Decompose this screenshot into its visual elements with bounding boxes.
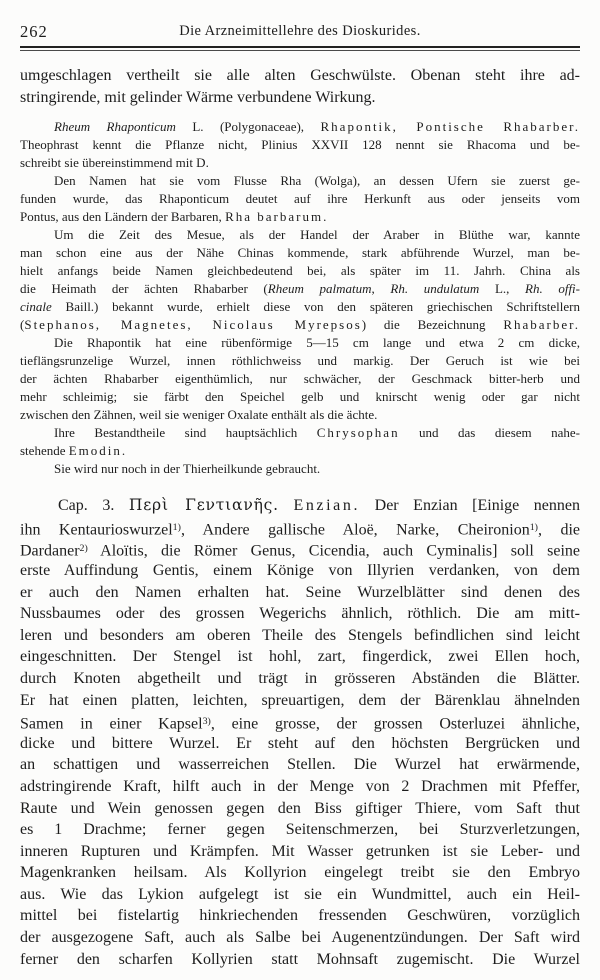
text-segment: Baill.) bekannt wurde, erhielt diese von… [52, 299, 580, 314]
text-segment: hielt anfangs beide Namen gleichbedeuten… [20, 263, 580, 278]
text-line: adstringirende Kraft, hilft auch in der … [20, 776, 580, 798]
text-segment: adstringirende Kraft, hilft auch in der … [20, 778, 580, 795]
text-segment: der ausgezogene Saft, auch als Salbe bei… [20, 929, 580, 946]
text-line: Ihre Bestandtheile sind hauptsächlich Ch… [20, 424, 580, 442]
text-line: Rheum Rhaponticum L. (Polygonaceae), Rha… [20, 118, 580, 136]
text-line: der ausgezogene Saft, auch als Salbe bei… [20, 927, 580, 949]
text-segment: , die [538, 521, 580, 538]
running-title: Die Arzneimittellehre des Dioskurides. [20, 23, 580, 40]
text-segment: Den Namen hat sie vom Flusse Rha (Wolga)… [54, 173, 580, 188]
text-line: funden wurde, das Rhaponticum deutet auf… [20, 190, 580, 208]
text-line: schreibt sie übereinstimmend mit D. [20, 154, 580, 172]
text-segment: Περὶ Γεντιανῆς. [129, 496, 279, 514]
text-line: mehr schleimig; sie färbt den Speichel g… [20, 388, 580, 406]
text-segment: 1) [530, 522, 538, 533]
text-segment: und das diesem nahe- [400, 425, 580, 440]
page-header: 262 Die Arzneimittellehre des Dioskuride… [20, 0, 580, 42]
text-segment: Emodin. [69, 443, 127, 458]
text-line: dicke und bittere Wurzel. Er steht auf d… [20, 733, 580, 755]
text-segment: leren und besonders am oberen Theile des… [20, 627, 580, 644]
text-segment: , eine grosse, der grossen Osterluzei äh… [211, 716, 580, 733]
text-segment: durch Knoten abgetheilt und trägt in grö… [20, 670, 580, 687]
text-segment: Theophrast kennt die Pflanze nicht, Plin… [20, 137, 580, 152]
text-segment: zwischen den Zähnen, weil sie weniger Ox… [20, 407, 377, 422]
text-line: Magenkranken heilsam. Als Kollyrion eing… [20, 862, 580, 884]
text-line: (Stephanos, Magnetes, Nicolaus Myrepsos)… [20, 316, 580, 334]
text-line: an schattigen und wasserreichen Stellen.… [20, 754, 580, 776]
text-segment: Er hat einen platten, leichten, spreuart… [20, 692, 580, 709]
text-segment: mehr schleimig; sie färbt den Speichel g… [20, 389, 580, 404]
text-line: Die Rhapontik hat eine rübenförmige 5—15… [20, 334, 580, 352]
text-segment: Die Rhapontik hat eine rübenförmige 5—15… [54, 335, 580, 350]
text-segment: , Andere gallische Aloë, Narke, Cheironi… [181, 521, 530, 538]
text-line: tieflängsrunzelige Wurzel, innen röthlic… [20, 352, 580, 370]
text-line: Theophrast kennt die Pflanze nicht, Plin… [20, 136, 580, 154]
text-line: Samen in einer Kapsel3), eine grosse, de… [20, 711, 580, 733]
paragraph: umgeschlagen vertheilt sie alle alten Ge… [20, 65, 580, 108]
text-segment: Der Enzian [Einige nennen [360, 497, 580, 514]
text-segment: Aloïtis, die Römer Genus, Cicendia, auch… [88, 543, 580, 560]
text-line: leren und besonders am oberen Theile des… [20, 625, 580, 647]
text-line: ihn Kentaurioswurzel1), Andere gallische… [20, 517, 580, 539]
text-line: der ächten Rhabarber eigenthümlich, nur … [20, 370, 580, 388]
book-page: 262 Die Arzneimittellehre des Dioskuride… [0, 0, 600, 970]
page-number: 262 [20, 22, 48, 42]
text-segment: Rh. undulatum [390, 281, 479, 296]
text-segment: Nussbaumes oder des grossen Wegerichs äh… [20, 605, 580, 622]
text-line: umgeschlagen vertheilt sie alle alten Ge… [20, 65, 580, 87]
text-segment: Stephanos, Magnetes, Nicolaus Myrepsos [24, 317, 361, 332]
text-segment: Rheum Rhaponticum [54, 119, 176, 134]
text-line: Dardaner2) Aloïtis, die Römer Genus, Cic… [20, 538, 580, 560]
text-segment [279, 497, 294, 514]
text-line: hielt anfangs beide Namen gleichbedeuten… [20, 262, 580, 280]
text-segment: ) die Bezeichnung [362, 317, 504, 332]
text-segment: mittel bei fistelartig hinkriechenden fr… [20, 907, 580, 924]
text-line: stringirende, mit gelinder Wärme verbund… [20, 87, 580, 109]
text-segment: L. (Polygonaceae), [176, 119, 321, 134]
text-segment: Cap. 3. [58, 497, 129, 514]
text-segment: 3) [203, 716, 211, 727]
text-segment: stehende [20, 443, 69, 458]
text-line: cinale Baill.) bekannt wurde, erhielt di… [20, 298, 580, 316]
text-segment: 1) [173, 522, 181, 533]
paragraph: Rheum Rhaponticum L. (Polygonaceae), Rha… [20, 118, 580, 172]
text-segment: Ihre Bestandtheile sind hauptsächlich [54, 425, 317, 440]
text-line: Er hat einen platten, leichten, spreuart… [20, 690, 580, 712]
text-segment: die Heimath der ächten Rhabarber ( [20, 281, 268, 296]
text-segment: eingeschnitten. Der Stengel ist hohl, za… [20, 648, 580, 665]
text-segment: stringirende, mit gelinder Wärme verbund… [20, 89, 376, 106]
text-line: Raute und Wein genossen gegen den Biss g… [20, 798, 580, 820]
text-segment: ferner den scharfen Kollyrien statt Mohn… [20, 951, 580, 968]
text-line: man schon eine aus der Nähe Chinas komme… [20, 244, 580, 262]
text-segment: Rheum palmatum [268, 281, 372, 296]
paragraph: Cap. 3. Περὶ Γεντιανῆς. Enzian. Der Enzi… [20, 495, 580, 970]
text-segment: dicke und bittere Wurzel. Er steht auf d… [20, 735, 580, 752]
text-line: aus. Wie das Lykion aufgelegt ist sie ei… [20, 884, 580, 906]
text-segment: aus. Wie das Lykion aufgelegt ist sie ei… [20, 886, 580, 903]
text-segment: der ächten Rhabarber eigenthümlich, nur … [20, 371, 580, 386]
text-segment: Enzian. [293, 497, 360, 514]
header-rule [20, 46, 580, 51]
text-line: es 1 Drachme; ferner gegen Seitenschmerz… [20, 819, 580, 841]
text-line: Nussbaumes oder des grossen Wegerichs äh… [20, 603, 580, 625]
text-segment: Rha barbarum. [225, 209, 328, 224]
text-line: Cap. 3. Περὶ Γεντιανῆς. Enzian. Der Enzi… [20, 495, 580, 517]
text-line: erste Auffindung Gentis, einem Könige vo… [20, 560, 580, 582]
text-segment: schreibt sie übereinstimmend mit D. [20, 155, 209, 170]
text-line: eingeschnitten. Der Stengel ist hohl, za… [20, 646, 580, 668]
text-segment: L., [479, 281, 525, 296]
text-line: ferner den scharfen Kollyrien statt Mohn… [20, 949, 580, 971]
text-segment: Dardaner [20, 543, 80, 560]
text-segment: Rhabarber. [503, 317, 580, 332]
text-line: inneren Rupturen und Krämpfen. Mit Wasse… [20, 841, 580, 863]
text-segment: umgeschlagen vertheilt sie alle alten Ge… [20, 67, 580, 84]
text-line: durch Knoten abgetheilt und trägt in grö… [20, 668, 580, 690]
text-segment: funden wurde, das Rhaponticum deutet auf… [20, 191, 580, 206]
paragraph: Den Namen hat sie vom Flusse Rha (Wolga)… [20, 172, 580, 226]
text-segment: Rh. offi- [525, 281, 580, 296]
text-segment: Magenkranken heilsam. Als Kollyrion eing… [20, 864, 580, 881]
text-segment: man schon eine aus der Nähe Chinas komme… [20, 245, 580, 260]
text-segment: Sie wird nur noch in der Thierheilkunde … [54, 461, 320, 476]
text-line: stehende Emodin. [20, 442, 580, 460]
text-segment: cinale [20, 299, 52, 314]
text-line: er auch den Namen erhalten hat. Seine Wu… [20, 582, 580, 604]
text-segment: er auch den Namen erhalten hat. Seine Wu… [20, 584, 580, 601]
text-segment: Rhapontik, Pontische Rhabarber. [321, 119, 581, 134]
text-line: mittel bei fistelartig hinkriechenden fr… [20, 905, 580, 927]
text-blocks: umgeschlagen vertheilt sie alle alten Ge… [20, 65, 580, 970]
text-line: Um die Zeit des Mesue, als der Handel de… [20, 226, 580, 244]
paragraph: Sie wird nur noch in der Thierheilkunde … [20, 460, 580, 478]
paragraph: Um die Zeit des Mesue, als der Handel de… [20, 226, 580, 334]
text-segment: Pontus, aus den Ländern der Barbaren, [20, 209, 225, 224]
paragraph: Ihre Bestandtheile sind hauptsächlich Ch… [20, 424, 580, 460]
text-segment: an schattigen und wasserreichen Stellen.… [20, 756, 580, 773]
paragraph: Die Rhapontik hat eine rübenförmige 5—15… [20, 334, 580, 424]
text-segment: inneren Rupturen und Krämpfen. Mit Wasse… [20, 843, 580, 860]
text-segment: erste Auffindung Gentis, einem Könige vo… [20, 562, 580, 579]
text-line: Sie wird nur noch in der Thierheilkunde … [20, 460, 580, 478]
text-segment: ihn Kentaurioswurzel [20, 521, 173, 538]
text-line: Den Namen hat sie vom Flusse Rha (Wolga)… [20, 172, 580, 190]
text-segment: Samen in einer Kapsel [20, 716, 203, 733]
text-segment: 2) [80, 543, 88, 554]
text-segment: Raute und Wein genossen gegen den Biss g… [20, 800, 580, 817]
text-line: zwischen den Zähnen, weil sie weniger Ox… [20, 406, 580, 424]
text-line: Pontus, aus den Ländern der Barbaren, Rh… [20, 208, 580, 226]
text-line: die Heimath der ächten Rhabarber (Rheum … [20, 280, 580, 298]
text-segment: Um die Zeit des Mesue, als der Handel de… [54, 227, 580, 242]
text-segment: tieflängsrunzelige Wurzel, innen röthlic… [20, 353, 580, 368]
text-segment: Chrysophan [317, 425, 400, 440]
text-segment: , [372, 281, 391, 296]
text-segment: es 1 Drachme; ferner gegen Seitenschmerz… [20, 821, 580, 838]
